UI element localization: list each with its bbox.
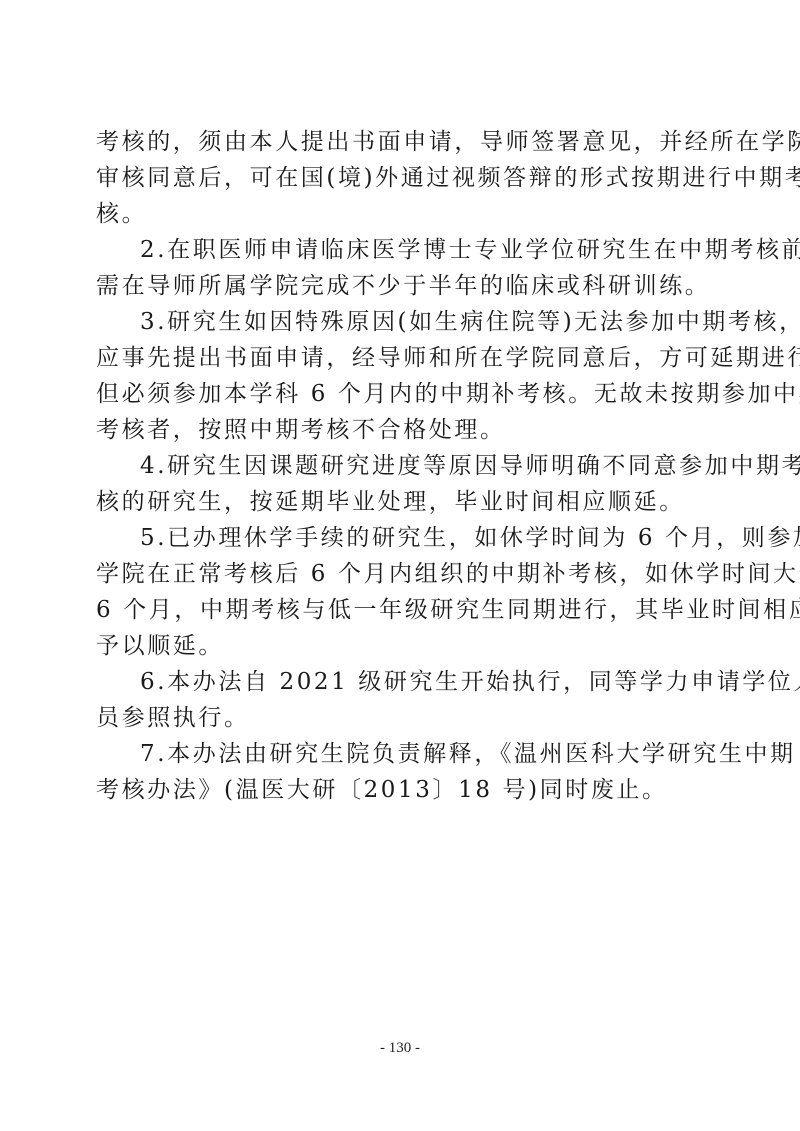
item-6-line-1: 6.本办法自 2021 级研究生开始执行，同等学力申请学位人: [96, 664, 706, 700]
item-7-line-1: 7.本办法由研究生院负责解释，《温州医科大学研究生中期: [96, 736, 706, 772]
item-7-line-2: 考核办法》(温医大研〔2013〕18 号)同时废止。: [96, 772, 706, 808]
item-5-line-2: 学院在正常考核后 6 个月内组织的中期补考核，如休学时间大于: [96, 556, 706, 592]
paragraph-1-line-2: 审核同意后，可在国(境)外通过视频答辩的形式按期进行中期考: [96, 160, 706, 196]
paragraph-1-line-3: 核。: [96, 196, 706, 232]
item-3-line-4: 考核者，按照中期考核不合格处理。: [96, 412, 706, 448]
document-page: 考核的，须由本人提出书面申请，导师签署意见，并经所在学院 审核同意后，可在国(境…: [0, 0, 800, 1131]
item-4-line-1: 4.研究生因课题研究进度等原因导师明确不同意参加中期考: [96, 448, 706, 484]
item-2-line-1: 2.在职医师申请临床医学博士专业学位研究生在中期考核前: [96, 232, 706, 268]
item-2-line-2: 需在导师所属学院完成不少于半年的临床或科研训练。: [96, 268, 706, 304]
item-3-line-3: 但必须参加本学科 6 个月内的中期补考核。无故未按期参加中期: [96, 376, 706, 412]
document-body: 考核的，须由本人提出书面申请，导师签署意见，并经所在学院 审核同意后，可在国(境…: [96, 124, 706, 808]
item-5-line-3: 6 个月，中期考核与低一年级研究生同期进行，其毕业时间相应: [96, 592, 706, 628]
paragraph-1-line-1: 考核的，须由本人提出书面申请，导师签署意见，并经所在学院: [96, 124, 706, 160]
item-5-line-1: 5.已办理休学手续的研究生，如休学时间为 6 个月，则参加: [96, 520, 706, 556]
item-5-line-4: 予以顺延。: [96, 628, 706, 664]
item-3-line-2: 应事先提出书面申请，经导师和所在学院同意后，方可延期进行，: [96, 340, 706, 376]
page-number: - 130 -: [0, 1040, 800, 1057]
item-3-line-1: 3.研究生如因特殊原因(如生病住院等)无法参加中期考核，: [96, 304, 706, 340]
item-6-line-2: 员参照执行。: [96, 700, 706, 736]
item-4-line-2: 核的研究生，按延期毕业处理，毕业时间相应顺延。: [96, 484, 706, 520]
